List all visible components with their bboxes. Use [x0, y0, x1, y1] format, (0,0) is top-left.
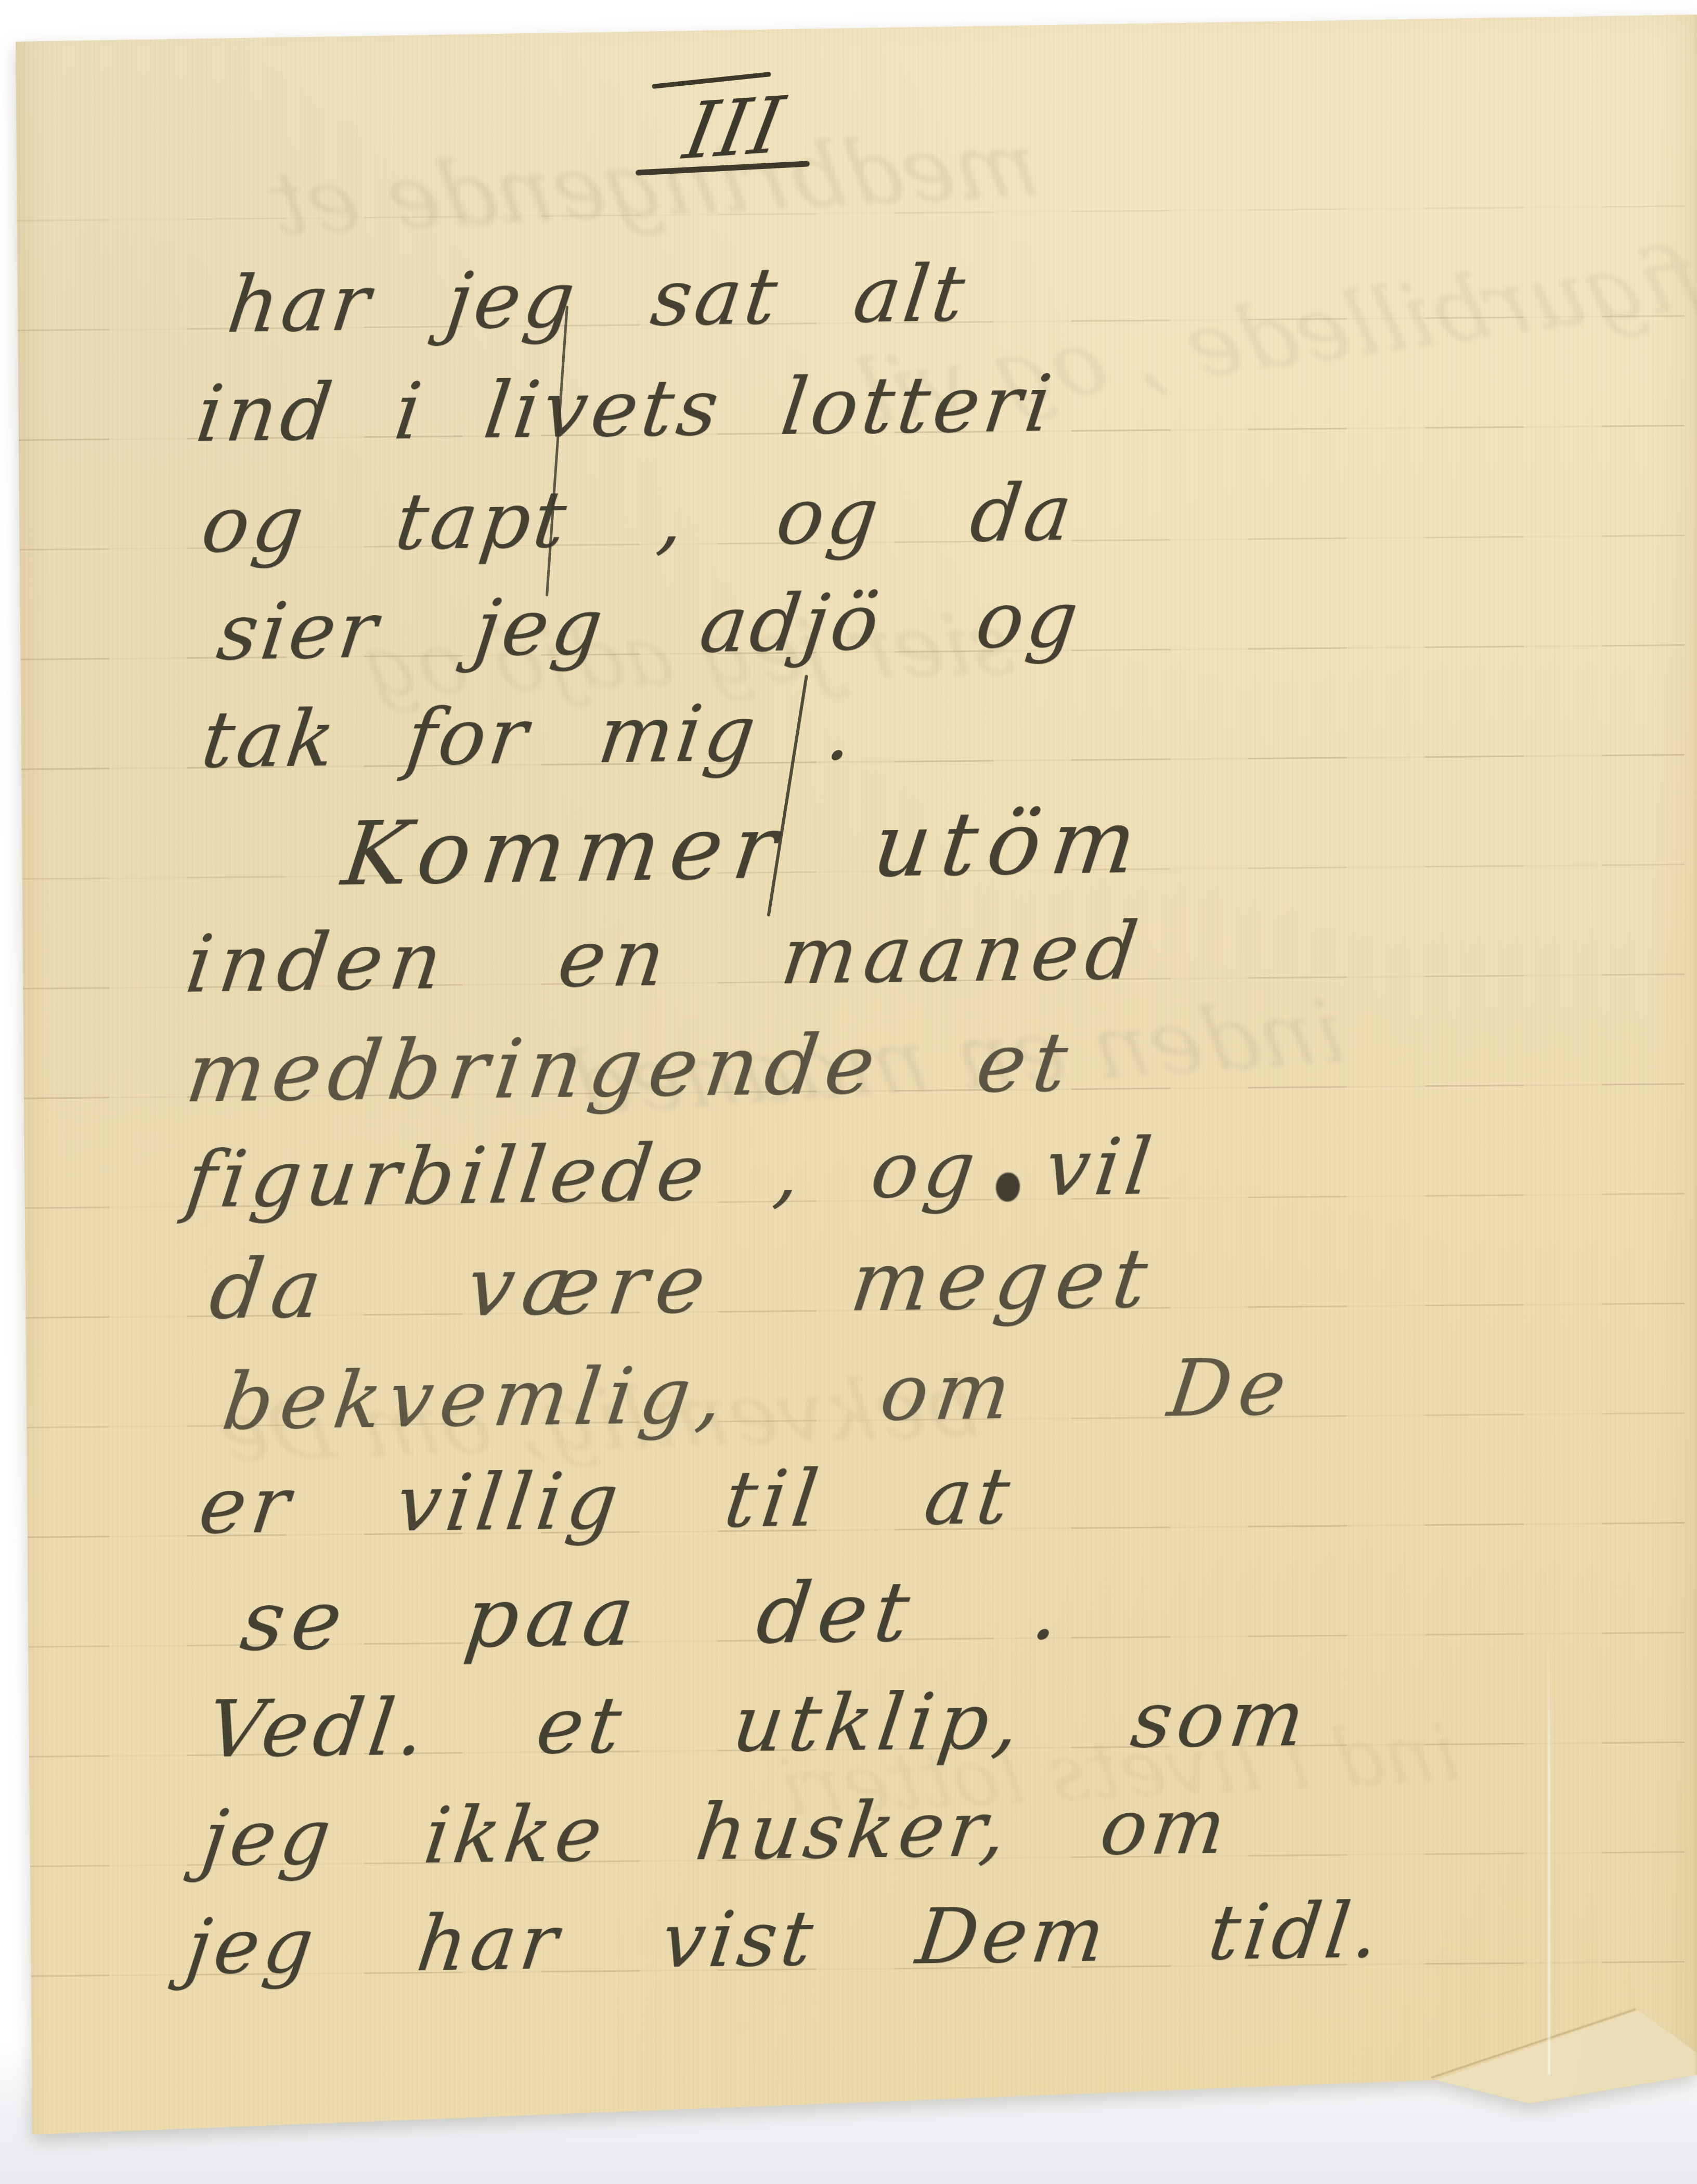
handwriting-line: se paa det . [237, 1568, 1072, 1663]
letter-page-wrap: medbringende etfigurbillede , og vilsier… [0, 0, 1697, 2184]
handwriting-line: inden en maaned [182, 912, 1149, 1004]
ruled-line [10, 205, 1685, 222]
page-number: III [679, 86, 789, 171]
handwriting-line: og tapt , og da [198, 474, 1079, 564]
handwriting-line: ind i livets lotteri [192, 365, 1060, 453]
handwriting-line: har jeg sat alt [224, 255, 971, 344]
handwriting-line: jeg har vist Dem tidl. [182, 1893, 1387, 1985]
handwriting-line: bekvemlig, om De [218, 1348, 1298, 1441]
ink-bleed-through-text: medbringende et [264, 121, 1045, 249]
handwriting-line: Kommer utöm [338, 798, 1151, 899]
handwriting-line: er villig til at [195, 1458, 1019, 1545]
handwriting-line: tak for mig . [198, 694, 860, 779]
handwriting-line: da være meget [205, 1238, 1160, 1331]
scan-background: medbringende etfigurbillede , og vilsier… [0, 0, 1697, 2184]
paper-crease [1548, 1633, 1550, 2075]
handwriting-line: sier jeg adjö og [213, 580, 1085, 672]
handwriting-line: jeg ikke husker, om [198, 1788, 1234, 1877]
letter-page: medbringende etfigurbillede , og vilsier… [0, 0, 1697, 2184]
handwriting-line: medbringende et [182, 1021, 1079, 1114]
handwriting-line: Vedl. et utklip, som [203, 1680, 1314, 1769]
